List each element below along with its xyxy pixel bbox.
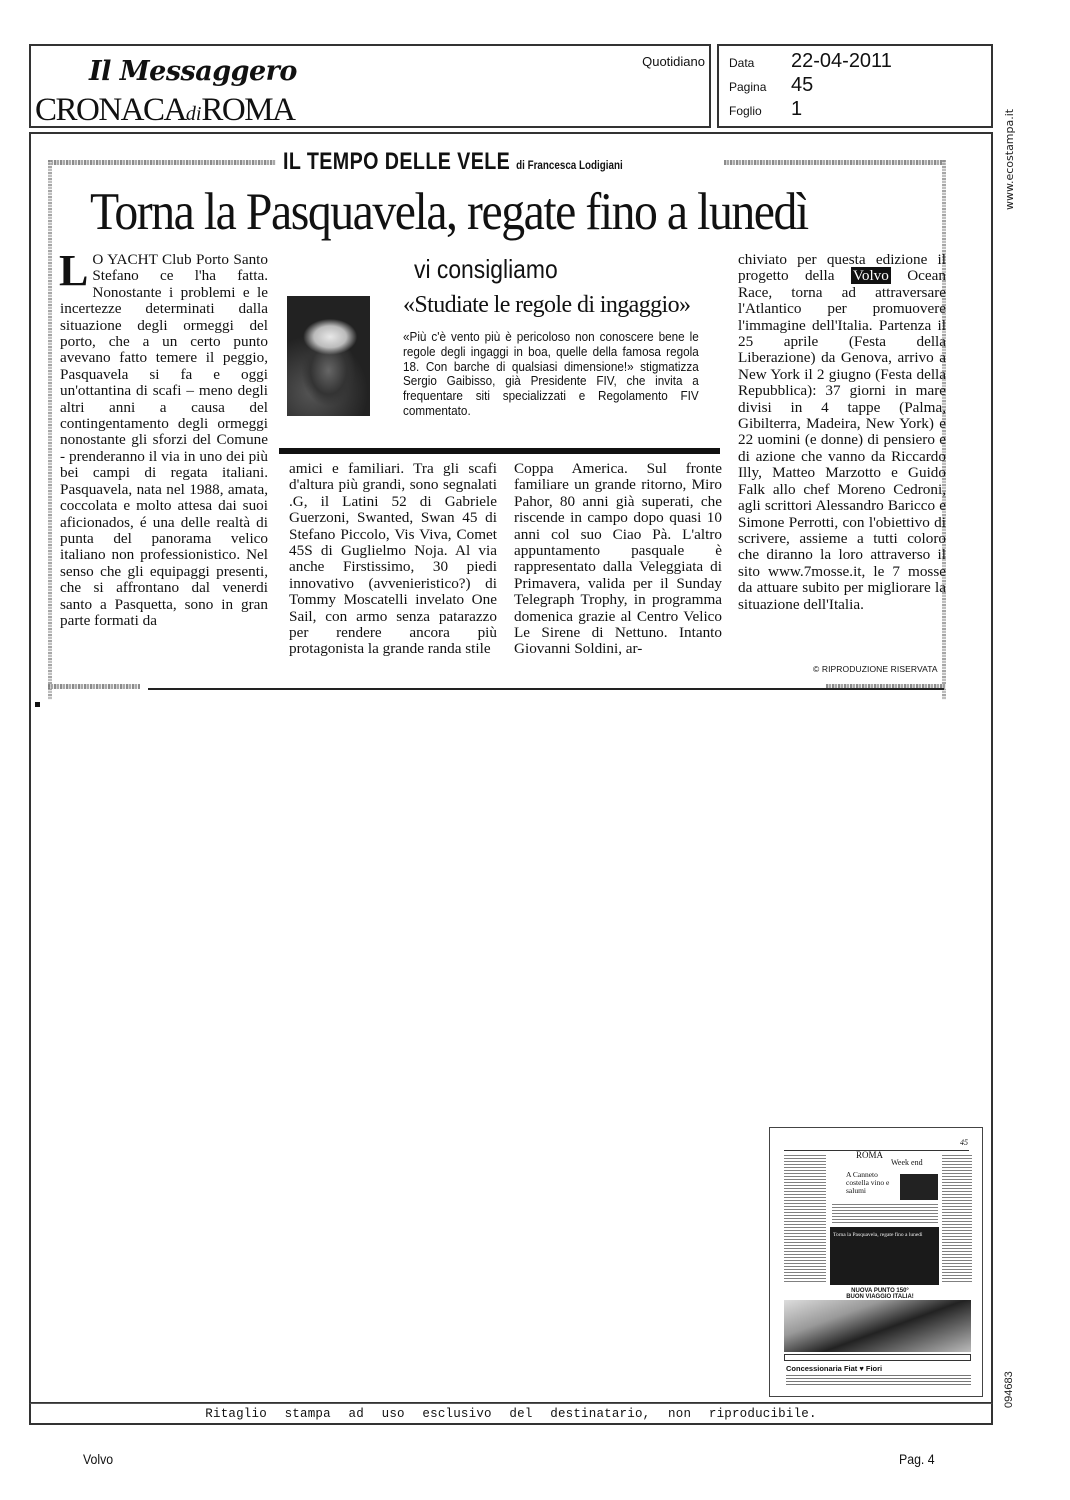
highlighted-keyword: Volvo bbox=[851, 267, 891, 284]
page-number: Pag. 4 bbox=[899, 1451, 935, 1467]
grain-border-top-right bbox=[724, 160, 946, 165]
thumbnail-weekend: Week end bbox=[891, 1158, 923, 1167]
column-4-text-after: Ocean Race, torna ad attraversare l'Atla… bbox=[738, 267, 946, 612]
copyright-notice: © RIPRODUZIONE RISERVATA bbox=[813, 664, 938, 674]
section-name: IL TEMPO DELLE VELE bbox=[283, 148, 510, 175]
thumbnail-article-title: Torna la Pasquavela, regate fino a luned… bbox=[833, 1232, 923, 1238]
column-1-text: O YACHT Club Porto Santo Stefano ce l'ha… bbox=[60, 251, 268, 629]
recommendation-box: vi consigliamo «Studiate le regole di in… bbox=[273, 248, 725, 456]
page-label: Pagina bbox=[729, 80, 791, 94]
thumbnail-car-image bbox=[784, 1300, 971, 1352]
edition-title-part1: CRONACA bbox=[35, 92, 186, 128]
grain-border-top-left bbox=[48, 160, 276, 165]
page-value: 45 bbox=[791, 74, 813, 97]
date-label: Data bbox=[729, 56, 791, 70]
column-2-text: amici e familiari. Tra gli scafi d'altur… bbox=[289, 460, 497, 657]
article-column-1: L O YACHT Club Porto Santo Stefano ce l'… bbox=[60, 252, 268, 629]
meta-page-row: Pagina 45 bbox=[729, 74, 813, 97]
thumbnail-dealer: Concessionaria Fiat ♥ Fiori bbox=[786, 1364, 882, 1373]
footer-strip: Ritaglio stampa ad uso esclusivo del des… bbox=[29, 1403, 993, 1425]
thumbnail-article-highlight: Torna la Pasquavela, regate fino a luned… bbox=[830, 1227, 939, 1285]
byline: di Francesca Lodigiani bbox=[516, 158, 623, 172]
meta-sheet-row: Foglio 1 bbox=[729, 98, 802, 121]
recommendation-rule bbox=[279, 448, 720, 454]
thumbnail-left-column bbox=[784, 1155, 826, 1282]
article-column-3: Coppa America. Sul fronte familiare un g… bbox=[514, 461, 722, 658]
side-code: 094683 bbox=[1003, 1371, 1015, 1408]
section-title: IL TEMPO DELLE VELE di Francesca Lodigia… bbox=[283, 148, 623, 176]
date-value: 22-04-2011 bbox=[791, 50, 892, 73]
thumbnail-right-column bbox=[942, 1155, 972, 1282]
portrait-photo bbox=[287, 296, 370, 416]
side-website: www.ecostampa.it bbox=[1003, 109, 1016, 210]
thumbnail-fine-print bbox=[786, 1375, 971, 1385]
masthead: Il Messaggero CRONACAdiROMA Quotidiano bbox=[29, 44, 711, 128]
thumbnail-mid-text bbox=[832, 1204, 938, 1224]
marker-square bbox=[35, 702, 40, 707]
recommendation-kicker: vi consigliamo bbox=[414, 254, 558, 285]
publication-type: Quotidiano bbox=[642, 54, 705, 69]
edition-title-di: di bbox=[186, 103, 202, 125]
recommendation-body: «Più c'è vento più è pericoloso non cono… bbox=[403, 330, 699, 419]
meta-date-row: Data 22-04-2011 bbox=[729, 50, 892, 73]
dropcap: L bbox=[59, 254, 88, 288]
edition-title: CRONACAdiROMA bbox=[35, 92, 294, 129]
article-bottom-rule bbox=[148, 688, 944, 690]
sheet-label: Foglio bbox=[729, 104, 791, 118]
article-column-4: chiviato per questa edizione il progetto… bbox=[738, 252, 946, 613]
sheet-value: 1 bbox=[791, 98, 802, 121]
page-thumbnail: 45 ROMA Week end A Canneto costella vino… bbox=[769, 1127, 983, 1397]
thumbnail-roma: ROMA bbox=[856, 1150, 883, 1160]
meta-box: Data 22-04-2011 Pagina 45 Foglio 1 bbox=[717, 44, 993, 128]
newspaper-logo: Il Messaggero bbox=[89, 56, 297, 87]
article-clipping: IL TEMPO DELLE VELE di Francesca Lodigia… bbox=[48, 148, 946, 716]
thumbnail-photo bbox=[900, 1174, 938, 1200]
thumbnail-price-strip bbox=[784, 1354, 971, 1361]
thumbnail-page-number: 45 bbox=[960, 1138, 968, 1147]
edition-title-part2: ROMA bbox=[201, 92, 294, 128]
grain-border-left bbox=[48, 160, 52, 700]
client-name: Volvo bbox=[83, 1451, 113, 1467]
reproduction-notice: Ritaglio stampa ad uso esclusivo del des… bbox=[205, 1407, 816, 1421]
article-column-2: amici e familiari. Tra gli scafi d'altur… bbox=[289, 461, 497, 658]
thumbnail-feature-title: A Canneto costella vino e salumi bbox=[846, 1171, 898, 1195]
grain-border-bottom-left bbox=[48, 684, 140, 689]
recommendation-title: «Studiate le regole di ingaggio» bbox=[403, 292, 690, 319]
headline: Torna la Pasquavela, regate fino a luned… bbox=[90, 182, 808, 242]
column-3-text: Coppa America. Sul fronte familiare un g… bbox=[514, 460, 722, 657]
thumbnail-ad-headline: NUOVA PUNTO 150° BUON VIAGGIO ITALIA! bbox=[830, 1288, 930, 1300]
